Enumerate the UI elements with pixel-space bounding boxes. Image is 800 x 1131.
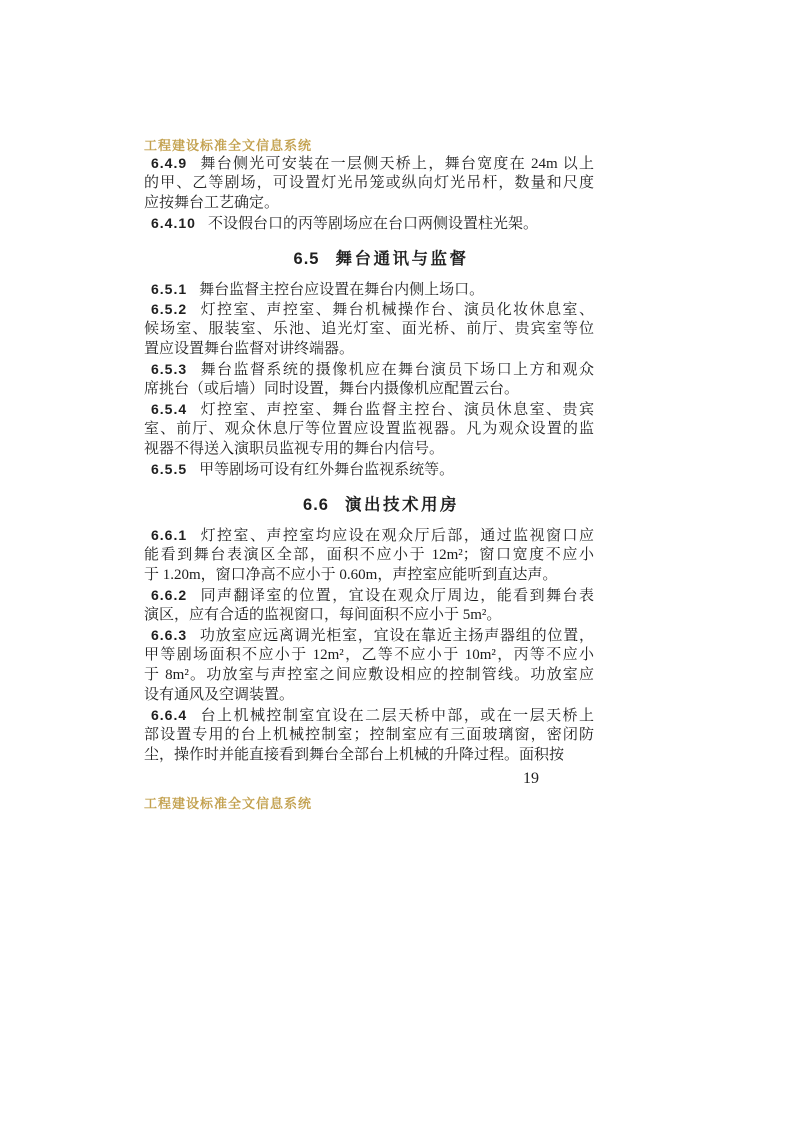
clause-text: 舞台侧光可安装在一层侧天桥上，舞台宽度在 24m 以上	[199, 156, 594, 172]
clause-line: 6.6.1灯控室、声控室均应设在观众厅后部，通过监视窗口应	[144, 525, 594, 545]
clause-line: 应按舞台工艺确定。	[144, 193, 594, 213]
clause-number: 6.6.3	[151, 627, 187, 643]
clause-line: 的甲、乙等剧场，可设置灯光吊笼或纵向灯光吊杆，数量和尺度	[144, 173, 594, 193]
clause-number: 6.5.5	[151, 461, 187, 477]
clause-number: 6.5.2	[151, 301, 187, 317]
clause-line: 室、前厅、观众休息厅等位置应设置监视器。凡为观众设置的监	[144, 419, 594, 439]
clause-6.5.5: 6.5.5甲等剧场可设有红外舞台监视系统等。	[144, 459, 594, 479]
watermark-bottom: 工程建设标准全文信息系统	[144, 797, 594, 811]
clause-line: 6.5.4灯控室、声控室、舞台监督主控台、演员休息室、贵宾	[144, 399, 594, 419]
clause-line: 6.6.4台上机械控制室宜设在二层天桥中部，或在一层天桥上	[144, 705, 594, 725]
document-body: 6.4.9舞台侧光可安装在一层侧天桥上，舞台宽度在 24m 以上的甲、乙等剧场，…	[144, 153, 594, 765]
clause-text: 不设假台口的丙等剧场应在台口两侧设置柱光架。	[208, 216, 538, 232]
clause-line: 6.5.3舞台监督系统的摄像机应在舞台演员下场口上方和观众	[144, 359, 594, 379]
clause-line: 6.6.3功放室应远离调光柜室，宜设在靠近主扬声器组的位置，	[144, 625, 594, 645]
clause-6.5.3: 6.5.3舞台监督系统的摄像机应在舞台演员下场口上方和观众席挑台（或后墙）同时设…	[144, 359, 594, 399]
document-page: 工程建设标准全文信息系统 6.4.9舞台侧光可安装在一层侧天桥上，舞台宽度在 2…	[0, 0, 800, 1131]
clause-number: 6.6.4	[151, 707, 187, 723]
clause-line: 6.5.1舞台监督主控台应设置在舞台内侧上场口。	[144, 279, 594, 299]
clause-number: 6.5.1	[151, 281, 187, 297]
section-heading-number: 6.6	[303, 496, 329, 514]
clause-line: 6.5.2灯控室、声控室、舞台机械操作台、演员化妆休息室、	[144, 299, 594, 319]
clause-text: 功放室应远离调光柜室，宜设在靠近主扬声器组的位置，	[199, 628, 594, 644]
clause-line: 于 8m²。功放室与声控室之间应敷设相应的控制管线。功放室应	[144, 665, 594, 685]
clause-line: 置应设置舞台监督对讲终端器。	[144, 339, 594, 359]
section-heading-title: 舞台通讯与监督	[335, 250, 468, 268]
clause-line: 于 1.20m，窗口净高不应小于 0.60m，声控室应能听到直达声。	[144, 565, 594, 585]
clause-line: 演区，应有合适的监视窗口，每间面积不应小于 5m²。	[144, 605, 594, 625]
clause-line: 部设置专用的台上机械控制室；控制室应有三面玻璃窗，密闭防	[144, 725, 594, 745]
clause-line: 6.5.5甲等剧场可设有红外舞台监视系统等。	[144, 459, 594, 479]
clause-text: 舞台监督主控台应设置在舞台内侧上场口。	[199, 282, 484, 298]
section-heading-number: 6.5	[294, 250, 320, 268]
clause-text: 台上机械控制室宜设在二层天桥中部，或在一层天桥上	[199, 708, 594, 724]
clause-number: 6.4.9	[151, 155, 187, 171]
clause-6.4.10: 6.4.10不设假台口的丙等剧场应在台口两侧设置柱光架。	[144, 213, 594, 233]
clause-line: 尘，操作时并能直接看到舞台全部台上机械的升降过程。面积按	[144, 745, 594, 765]
clause-6.6.2: 6.6.2同声翻译室的位置，宜设在观众厅周边，能看到舞台表演区，应有合适的监视窗…	[144, 585, 594, 625]
clause-line: 6.4.9舞台侧光可安装在一层侧天桥上，舞台宽度在 24m 以上	[144, 153, 594, 173]
clause-6.4.9: 6.4.9舞台侧光可安装在一层侧天桥上，舞台宽度在 24m 以上的甲、乙等剧场，…	[144, 153, 594, 213]
clause-line: 6.4.10不设假台口的丙等剧场应在台口两侧设置柱光架。	[144, 213, 594, 233]
clause-number: 6.6.2	[151, 587, 187, 603]
clause-text: 灯控室、声控室、舞台监督主控台、演员休息室、贵宾	[199, 402, 594, 418]
clause-line: 席挑台（或后墙）同时设置，舞台内摄像机应配置云台。	[144, 379, 594, 399]
clause-line: 6.6.2同声翻译室的位置，宜设在观众厅周边，能看到舞台表	[144, 585, 594, 605]
clause-6.5.1: 6.5.1舞台监督主控台应设置在舞台内侧上场口。	[144, 279, 594, 299]
clause-number: 6.5.3	[151, 361, 187, 377]
clause-6.6.3: 6.6.3功放室应远离调光柜室，宜设在靠近主扬声器组的位置，甲等剧场面积不应小于…	[144, 625, 594, 705]
clause-number: 6.5.4	[151, 401, 187, 417]
clause-number: 6.4.10	[151, 215, 196, 231]
clause-line: 甲等剧场面积不应小于 12m²，乙等不应小于 10m²，丙等不应小	[144, 645, 594, 665]
clause-6.6.1: 6.6.1灯控室、声控室均应设在观众厅后部，通过监视窗口应能看到舞台表演区全部，…	[144, 525, 594, 585]
clause-line: 设有通风及空调装置。	[144, 685, 594, 705]
clause-line: 能看到舞台表演区全部，面积不应小于 12m²；窗口宽度不应小	[144, 545, 594, 565]
clause-6.5.4: 6.5.4灯控室、声控室、舞台监督主控台、演员休息室、贵宾室、前厅、观众休息厅等…	[144, 399, 594, 459]
section-heading-title: 演出技术用房	[345, 496, 459, 514]
clause-text: 同声翻译室的位置，宜设在观众厅周边，能看到舞台表	[199, 588, 594, 604]
section-heading: 6.6演出技术用房	[156, 493, 606, 517]
clause-text: 灯控室、声控室、舞台机械操作台、演员化妆休息室、	[199, 302, 594, 318]
clause-text: 甲等剧场可设有红外舞台监视系统等。	[199, 462, 454, 478]
clause-number: 6.6.1	[151, 527, 187, 543]
clause-line: 视器不得送入演职员监视专用的舞台内信号。	[144, 439, 594, 459]
section-heading: 6.5舞台通讯与监督	[156, 247, 606, 271]
clause-text: 舞台监督系统的摄像机应在舞台演员下场口上方和观众	[199, 362, 594, 378]
clause-6.5.2: 6.5.2灯控室、声控室、舞台机械操作台、演员化妆休息室、候场室、服装室、乐池、…	[144, 299, 594, 359]
clause-6.6.4: 6.6.4台上机械控制室宜设在二层天桥中部，或在一层天桥上部设置专用的台上机械控…	[144, 705, 594, 765]
page-number: 19	[144, 769, 594, 789]
clause-text: 灯控室、声控室均应设在观众厅后部，通过监视窗口应	[199, 528, 594, 544]
watermark-top: 工程建设标准全文信息系统	[144, 139, 594, 153]
clause-line: 候场室、服装室、乐池、追光灯室、面光桥、前厅、贵宾室等位	[144, 319, 594, 339]
content-column: 工程建设标准全文信息系统 6.4.9舞台侧光可安装在一层侧天桥上，舞台宽度在 2…	[144, 139, 594, 811]
